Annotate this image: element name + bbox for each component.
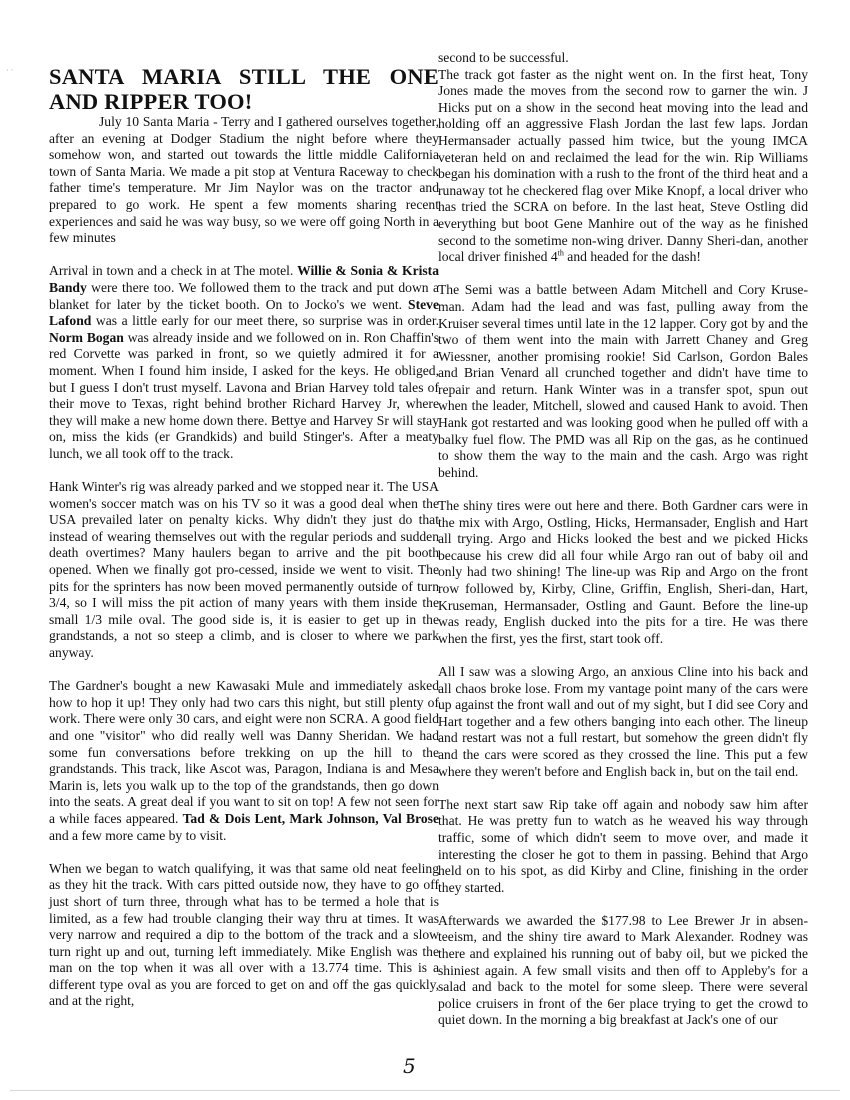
text-run: The Gardner's bought a new Kawasaki Mule… <box>49 678 439 826</box>
left-column: SANTA MARIA STILL THE ONE AND RIPPER TOO… <box>49 64 439 1010</box>
heats-text: The track got faster as the night went o… <box>438 67 808 265</box>
text-run: was a little early for our meet there, s… <box>91 313 439 328</box>
paragraph-qualifying: When we began to watch qualifying, it wa… <box>49 861 439 1010</box>
page-bottom-edge <box>10 1090 840 1091</box>
heats-text-end: and headed for the dash! <box>564 249 701 264</box>
bold-name: Tad & Dois Lent, Mark Johnson, Val Brose <box>183 811 439 826</box>
article-title: SANTA MARIA STILL THE ONE AND RIPPER TOO… <box>49 64 439 114</box>
page-number: 5 <box>403 1054 416 1078</box>
scan-artifact: · · <box>6 66 13 75</box>
paragraph-afterwards: Afterwards we awarded the $177.98 to Lee… <box>438 913 808 1029</box>
paragraph-semi: The Semi was a battle between Adam Mitch… <box>438 282 808 481</box>
right-column: second to be successful. The track got f… <box>438 50 808 1029</box>
paragraph-hank-winter: Hank Winter's rig was already parked and… <box>49 479 439 662</box>
paragraph-intro: July 10 Santa Maria - Terry and I gather… <box>49 114 439 247</box>
text-run: were there too. We followed them to the … <box>49 280 439 312</box>
paragraph-chaos: All I saw was a slowing Argo, an anxious… <box>438 664 808 780</box>
paragraph-heats: The track got faster as the night went o… <box>438 67 808 266</box>
paragraph-arrival: Arrival in town and a check in at The mo… <box>49 263 439 462</box>
text-run: Arrival in town and a check in at The mo… <box>49 263 297 278</box>
paragraph-gardner: The Gardner's bought a new Kawasaki Mule… <box>49 678 439 844</box>
bold-name: Norm Bogan <box>49 330 124 345</box>
paragraph-next-start: The next start saw Rip take off again an… <box>438 797 808 897</box>
paragraph-shiny-tires: The shiny tires were out here and there.… <box>438 498 808 647</box>
paragraph-continued: second to be successful. <box>438 50 808 67</box>
text-run: and a few more came by to visit. <box>49 828 226 843</box>
text-run: was already inside and we followed on in… <box>49 330 439 461</box>
